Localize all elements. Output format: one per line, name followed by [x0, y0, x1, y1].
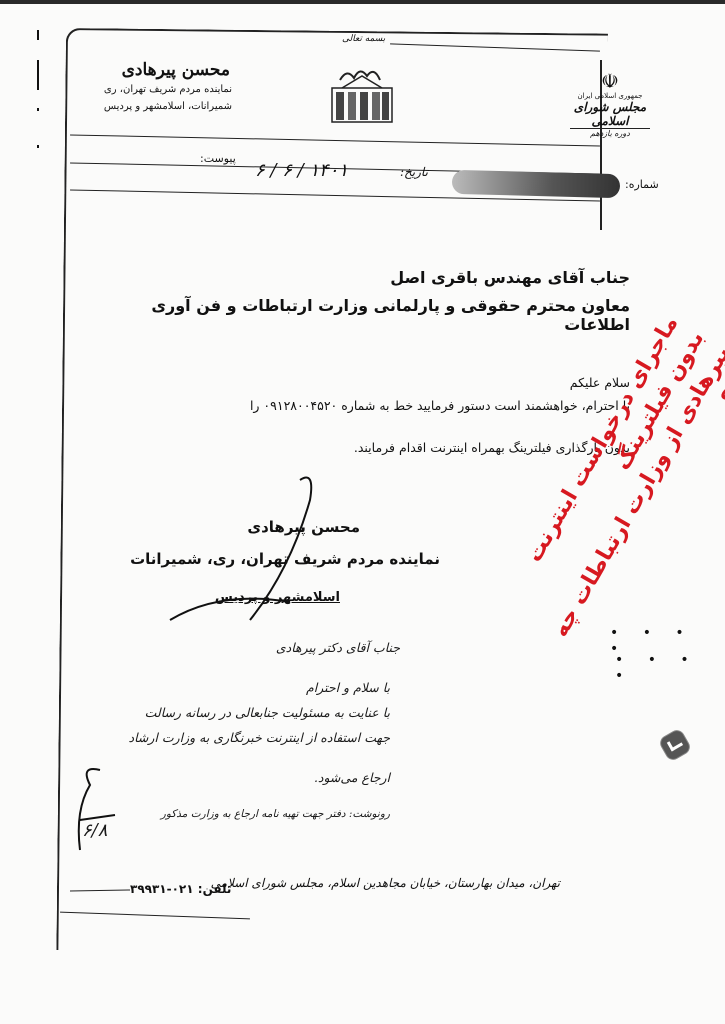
emblem-line3: دوره یازدهم [570, 129, 650, 138]
margin-mark [37, 60, 39, 90]
number-label: شماره: [625, 178, 659, 191]
redacted-number [452, 170, 621, 198]
bismillah: بسمه تعالی [342, 34, 385, 44]
margin-mark [37, 145, 39, 148]
reply-line1: جناب آقای دکتر پیرهادی [150, 640, 400, 655]
signer-name: محسن پیرهادی [240, 518, 360, 536]
signer-title-line1: نماینده مردم شریف تهران، ری، شمیرانات [110, 550, 440, 568]
scan-dots: • • • • [615, 652, 725, 684]
sender-title-line1: نماینده مردم شریف تهران، ری [92, 84, 232, 95]
initial-scribble [70, 760, 130, 860]
iran-emblem-icon: ☫ [570, 70, 650, 92]
top-edge [0, 0, 725, 4]
reply-line6: رونوشت: دفتر جهت تهیه نامه ارجاع به وزار… [110, 808, 390, 820]
footer-phone: تلفن: ۰۲۱-۳۹۹۳۱ [130, 882, 231, 896]
addressee-line2: معاون محترم حقوقی و پارلمانی وزارت ارتبا… [110, 296, 630, 334]
watermark-logo-icon [659, 729, 692, 762]
attachment-label: پیوست: [200, 152, 236, 165]
reply-line3: با عنایت به مسئولیت جنابعالی در رسانه رس… [90, 705, 390, 720]
margin-mark [37, 30, 39, 40]
body-line2: بدون بارگذاری فیلترینگ بهمراه اینترنت اق… [110, 440, 630, 455]
body-line1: با احترام، خواهشمند است دستور فرمایید خط… [110, 398, 630, 413]
emblem-line1: جمهوری اسلامی ایران [570, 92, 650, 100]
margin-mark [37, 108, 39, 111]
majlis-emblem: ☫ جمهوری اسلامی ایران مجلس شورای اسلامی … [570, 70, 650, 170]
sender-name: محسن پیرهادی [100, 60, 230, 80]
parliament-building-logo: بسمه تعالی [312, 30, 412, 130]
date-value: ۱۴۰۱ / ۶ / ۶ [255, 160, 348, 181]
emblem-line2: مجلس شورای اسلامی [570, 100, 650, 129]
greeting: سلام علیکم [230, 375, 630, 390]
reply-line4: جهت استفاده از اینترنت خبرنگاری به وزارت… [60, 730, 390, 745]
reply-line5: ارجاع می‌شود. [150, 770, 390, 785]
signer-title-line2: اسلامشهر و پردیس [180, 590, 340, 605]
addressee-line1: جناب آقای مهندس باقری اصل [110, 268, 630, 287]
sender-title-line2: شمیرانات، اسلامشهر و پردیس [92, 101, 232, 112]
building-icon [312, 30, 412, 130]
reply-line2: با سلام و احترام [150, 680, 390, 695]
date-label: تاریخ: [400, 165, 428, 179]
